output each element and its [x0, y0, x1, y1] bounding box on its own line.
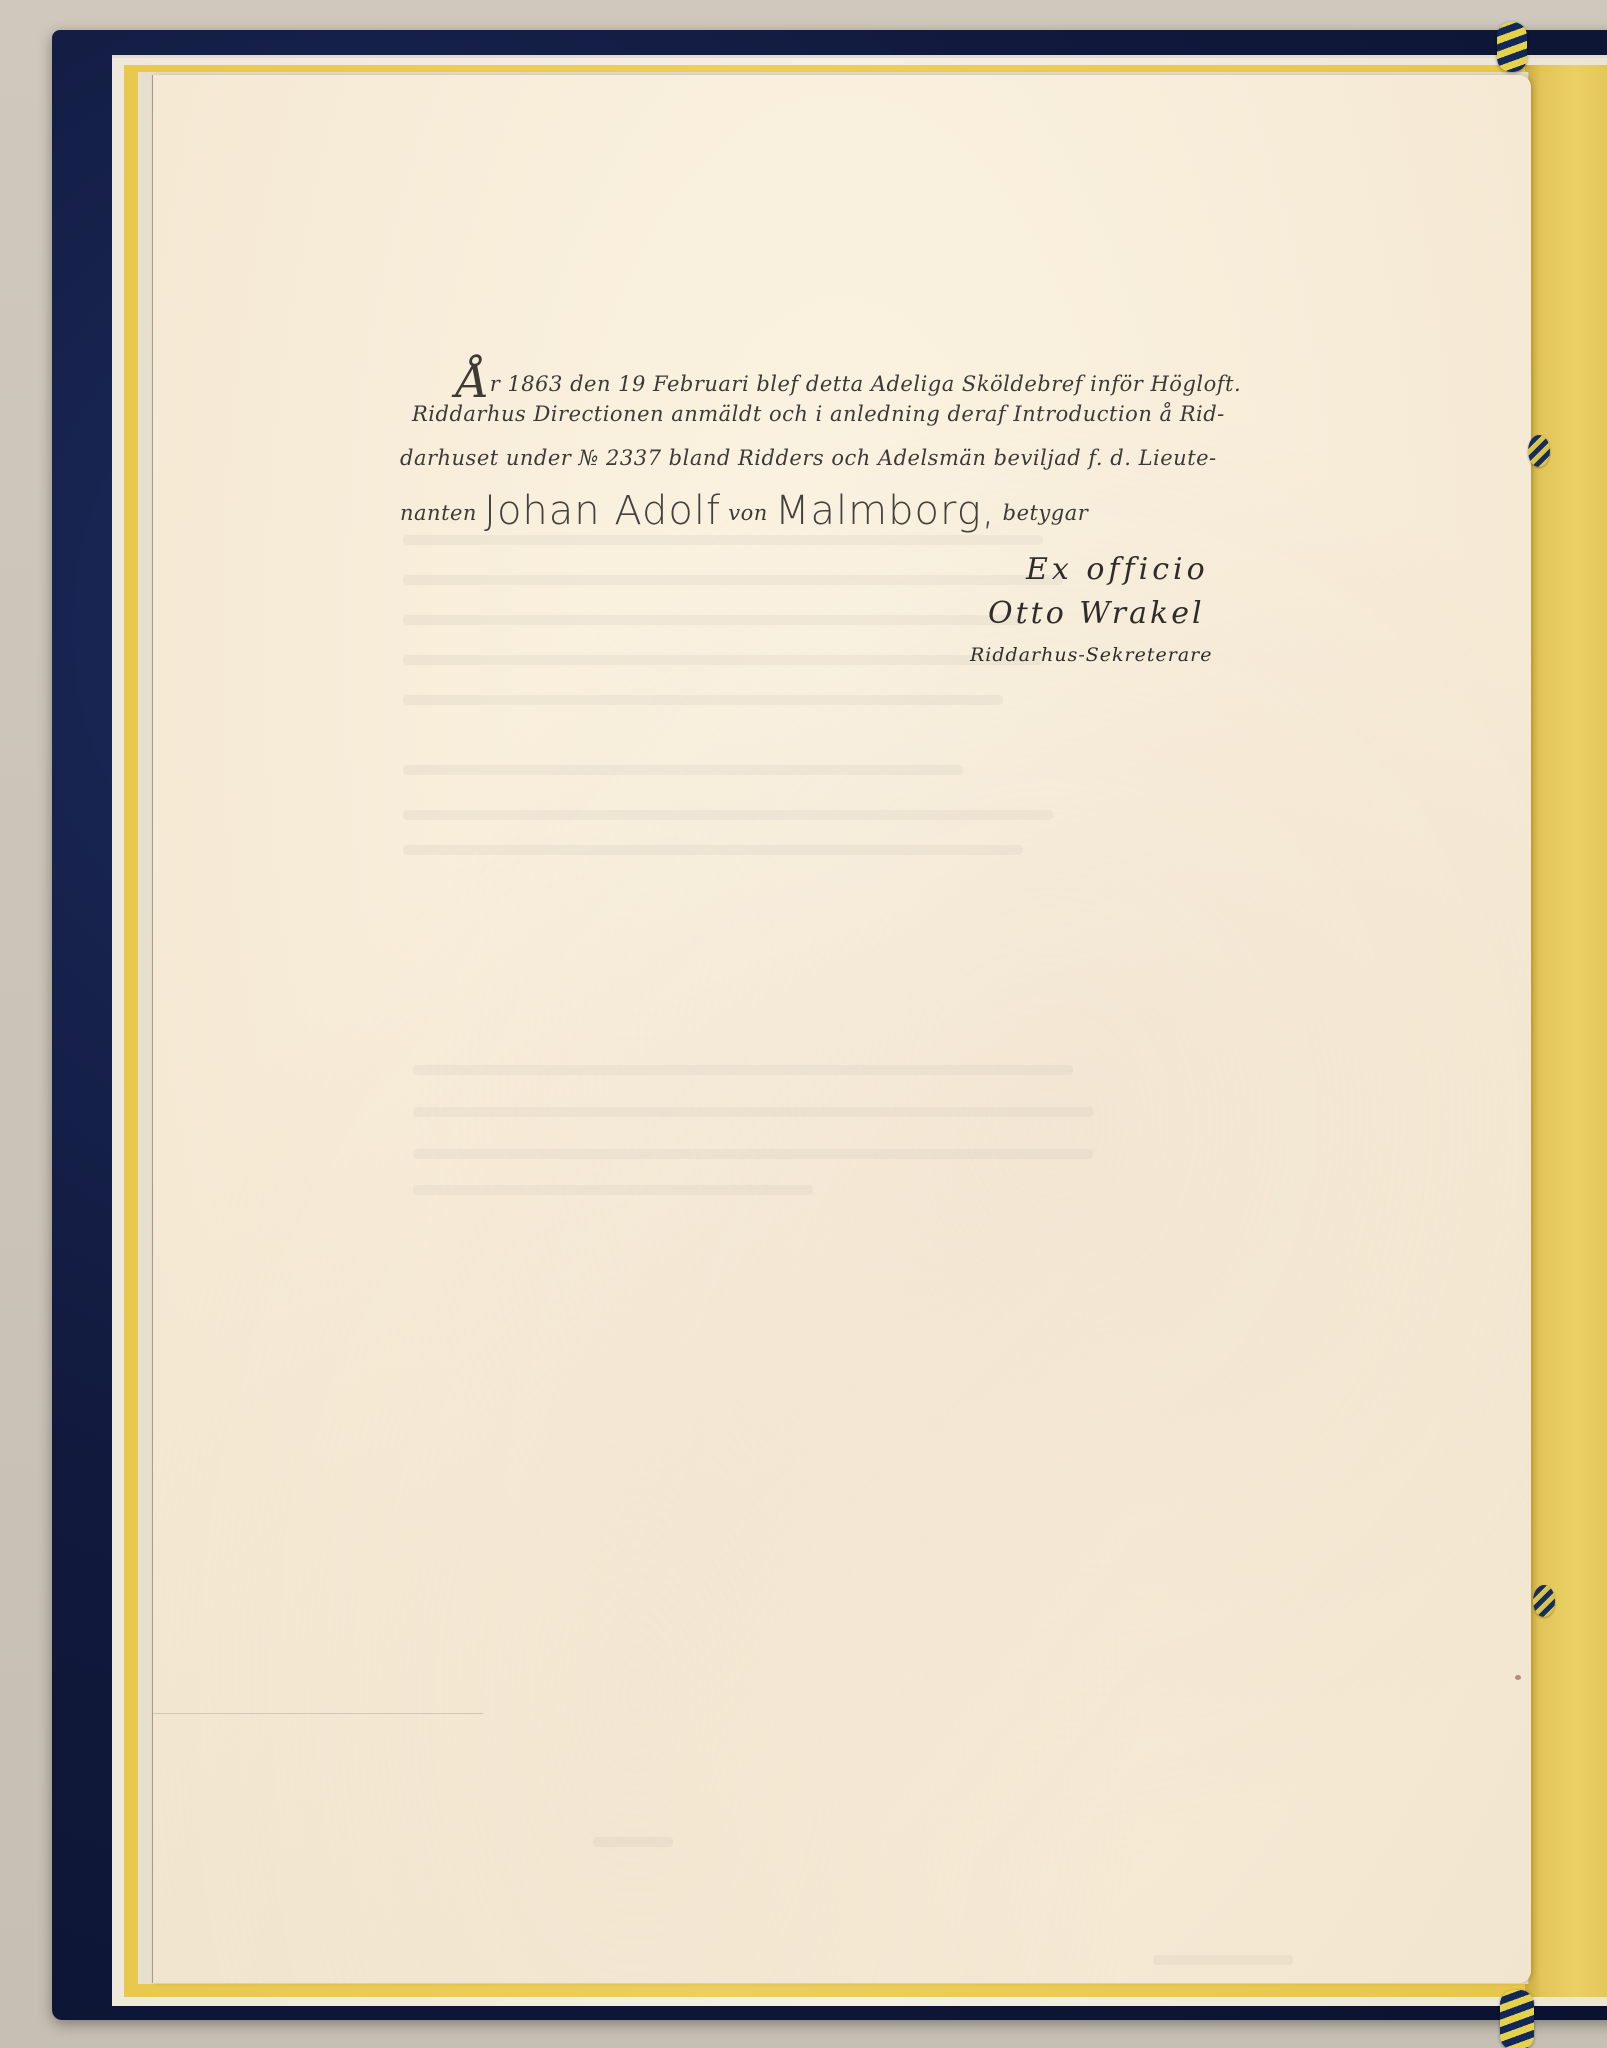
inscription-text: darhuset under № 2337 bland Ridders och … [400, 446, 1217, 470]
bleed-through-text [413, 1065, 1073, 1075]
recipient-first-names: Johan Adolf [484, 488, 721, 534]
inscription-text: Riddarhus Directionen anmäldt och i anle… [412, 402, 1225, 426]
bleed-through-text [403, 765, 963, 775]
inscription-text: r 1863 den 19 Februari blef detta Adelig… [490, 372, 1241, 396]
bleed-through-text [413, 1107, 1093, 1117]
bleed-through-text [403, 575, 1063, 585]
inscription-suffix: betygar [1003, 501, 1089, 525]
paper-speck [1515, 1675, 1521, 1680]
signatory-title: Riddarhus-Sekreterare [970, 644, 1212, 666]
bleed-through-text [413, 1149, 1093, 1159]
bleed-through-text [1153, 1955, 1293, 1965]
bleed-through-text [403, 615, 1023, 625]
inscription-line-4: nanten Johan Adolf von Malmborg, betygar [400, 488, 1088, 534]
bleed-through-text [403, 810, 1053, 820]
yellow-lining-right-flap [1525, 65, 1607, 1997]
bleed-through-text [593, 1837, 673, 1847]
braided-cord-top [1497, 22, 1527, 72]
cord-knot-upper [1528, 435, 1550, 467]
signatory-name: Otto Wrakel [988, 596, 1205, 631]
name-particle: von [728, 501, 768, 525]
inscription-prefix: nanten [400, 501, 477, 525]
decorative-initial: Å [456, 354, 490, 408]
inscription-line-2: Riddarhus Directionen anmäldt och i anle… [412, 402, 1225, 426]
inscription-line-1: År 1863 den 19 Februari blef detta Adeli… [456, 354, 1241, 408]
braided-cord-bottom [1500, 1990, 1534, 2048]
bleed-through-text [403, 535, 1043, 545]
cord-knot-lower [1533, 1585, 1555, 1617]
bleed-through-text [403, 695, 1003, 705]
faint-ruled-line [153, 1713, 483, 1714]
inscription-line-3: darhuset under № 2337 bland Ridders och … [400, 446, 1217, 470]
ex-officio-label: Ex officio [1026, 552, 1209, 587]
bleed-through-text [413, 1185, 813, 1195]
bleed-through-text [403, 655, 1043, 665]
recipient-surname: Malmborg, [775, 488, 995, 534]
bleed-through-text [403, 845, 1023, 855]
